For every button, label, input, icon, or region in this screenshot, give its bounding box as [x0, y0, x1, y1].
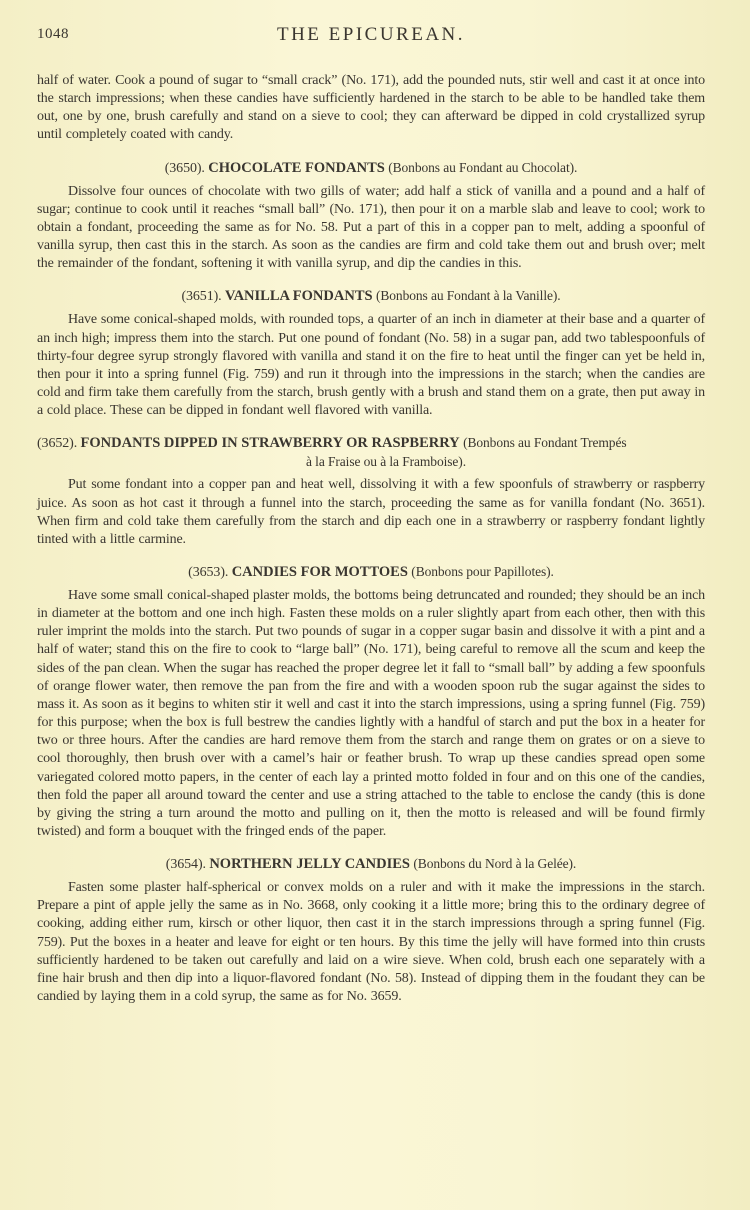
page-body: half of water. Cook a pound of sugar to … [37, 72, 705, 1006]
recipe-title: FONDANTS DIPPED IN STRAWBERRY OR RASPBER… [81, 435, 460, 451]
recipe-french-title: (Bonbons au Fondant Trempés [463, 435, 626, 450]
recipe-heading-3652: (3652). FONDANTS DIPPED IN STRAWBERRY OR… [37, 434, 705, 471]
recipe-text-3653: Have some small conical-shaped plaster m… [37, 587, 705, 841]
recipe-french-title: (Bonbons au Fondant à la Vanille). [376, 288, 561, 303]
recipe-heading-3654: (3654). NORTHERN JELLY CANDIES (Bonbons … [37, 855, 705, 874]
recipe-number: (3651). [181, 289, 221, 304]
recipe-number: (3652). [37, 436, 77, 451]
recipe-title: CANDIES FOR MOTTOES [232, 564, 408, 580]
recipe-heading-3653: (3653). CANDIES FOR MOTTOES (Bonbons pou… [37, 563, 705, 582]
recipe-french-title: (Bonbons du Nord à la Gelée). [413, 856, 576, 871]
recipe-text-3651: Have some conical-shaped molds, with rou… [37, 311, 705, 420]
recipe-title: NORTHERN JELLY CANDIES [209, 856, 410, 872]
recipe-text-3652: Put some fondant into a copper pan and h… [37, 476, 705, 549]
recipe-heading-3651: (3651). VANILLA FONDANTS (Bonbons au Fon… [37, 287, 705, 306]
recipe-title: VANILLA FONDANTS [225, 288, 373, 304]
recipe-number: (3650). [165, 161, 205, 176]
recipe-french-title-line2: à la Fraise ou à la Framboise). [37, 453, 705, 471]
recipe-french-title: (Bonbons pour Papillotes). [411, 564, 554, 579]
recipe-number: (3653). [188, 565, 228, 580]
recipe-text-3650: Dissolve four ounces of chocolate with t… [37, 183, 705, 274]
running-title: THE EPICUREAN. [37, 24, 705, 46]
recipe-title: CHOCOLATE FONDANTS [208, 160, 385, 176]
recipe-number: (3654). [166, 857, 206, 872]
recipe-text-3654: Fasten some plaster half-spherical or co… [37, 879, 705, 1006]
recipe-french-title: (Bonbons au Fondant au Chocolat). [388, 160, 577, 175]
recipe-heading-3650: (3650). CHOCOLATE FONDANTS (Bonbons au F… [37, 159, 705, 178]
continued-paragraph: half of water. Cook a pound of sugar to … [37, 72, 705, 145]
running-head: 1048 THE EPICUREAN. [37, 26, 705, 50]
